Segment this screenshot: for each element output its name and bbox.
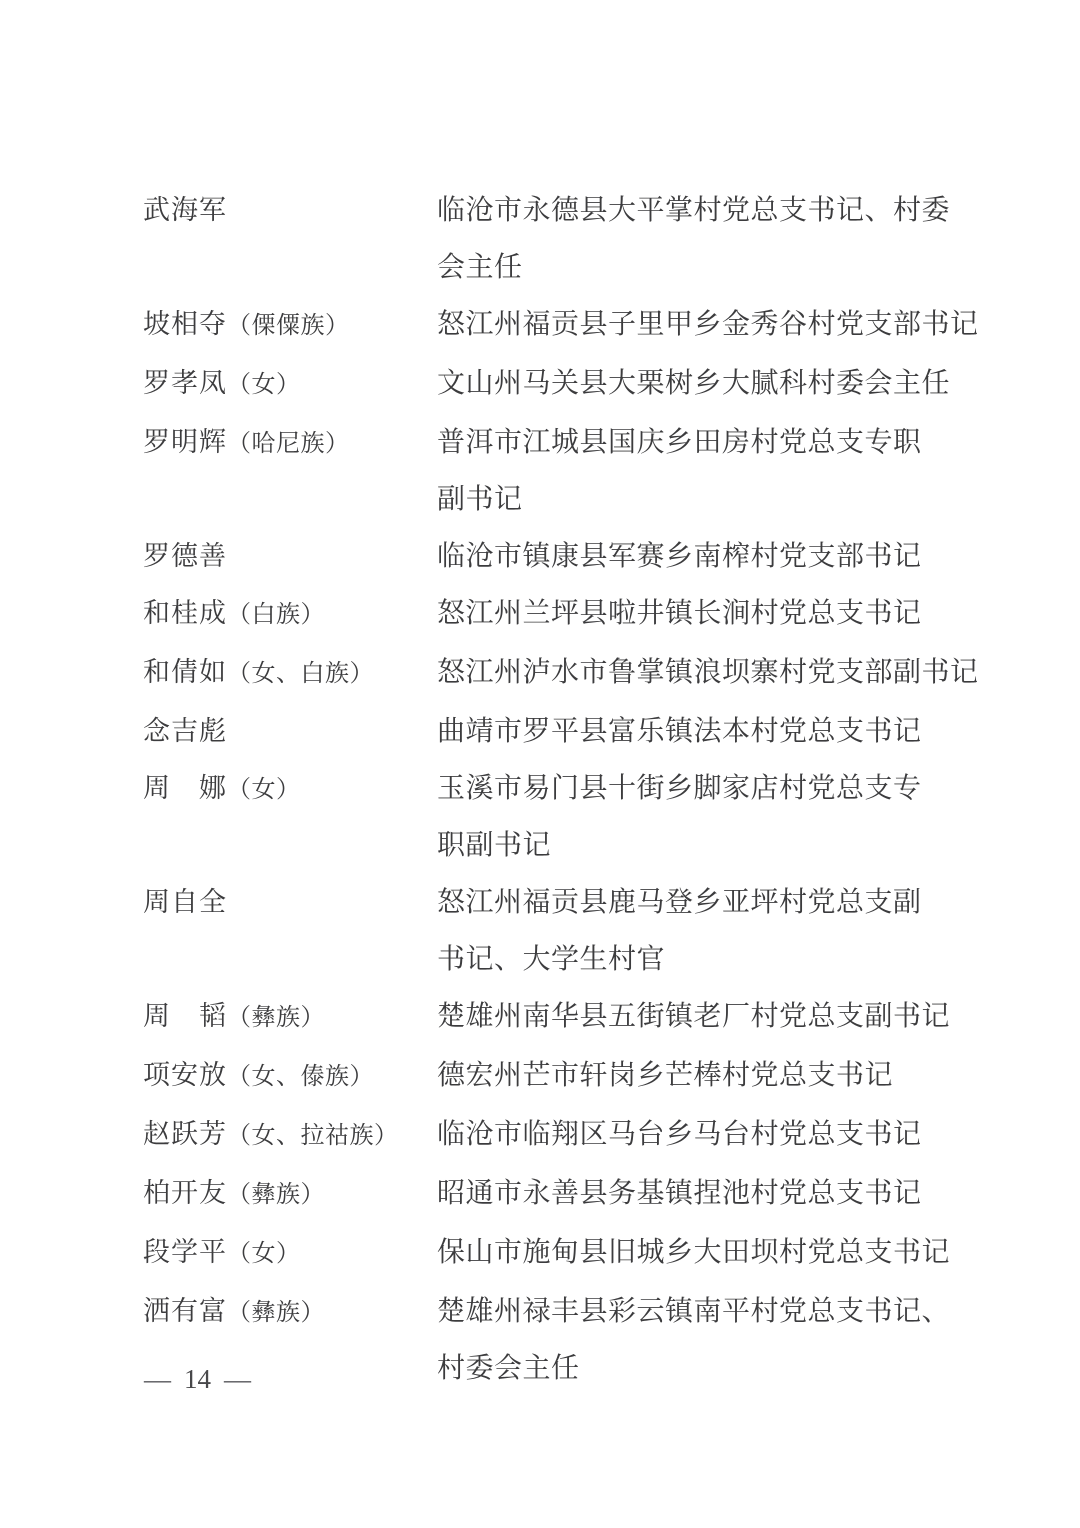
position-line: 楚雄州南华县五街镇老厂村党总支副书记 bbox=[437, 988, 973, 1045]
page-number: 14 bbox=[184, 1362, 211, 1396]
person-note: （女） bbox=[227, 777, 301, 803]
person-name: 罗孝凤（女） bbox=[143, 355, 437, 414]
person-name: 罗德善 bbox=[143, 528, 437, 585]
roster-entry: 念吉彪曲靖市罗平县富乐镇法本村党总支书记 bbox=[143, 703, 973, 760]
position-line: 楚雄州禄丰县彩云镇南平村党总支书记、 bbox=[437, 1283, 973, 1340]
person-position: 怒江州福贡县子里甲乡金秀谷村党支部书记 bbox=[437, 296, 979, 353]
position-line: 临沧市镇康县军赛乡南榨村党支部书记 bbox=[437, 528, 973, 585]
person-note: （女、拉祜族） bbox=[227, 1123, 399, 1149]
person-name: 周 娜（女） bbox=[143, 760, 437, 819]
position-line: 职副书记 bbox=[437, 817, 973, 874]
roster-entry: 赵跃芳（女、拉祜族）临沧市临翔区马台乡马台村党总支书记 bbox=[143, 1106, 973, 1165]
person-position: 楚雄州南华县五街镇老厂村党总支副书记 bbox=[437, 988, 973, 1045]
person-note: （女、傣族） bbox=[227, 1064, 374, 1090]
person-name: 和倩如（女、白族） bbox=[143, 644, 437, 703]
position-line: 怒江州泸水市鲁掌镇浪坝寨村党支部副书记 bbox=[437, 644, 979, 701]
person-note: （女） bbox=[227, 372, 301, 398]
roster-entry: 罗孝凤（女）文山州马关县大栗树乡大腻科村委会主任 bbox=[143, 355, 973, 414]
person-note: （彝族） bbox=[227, 1182, 325, 1208]
person-name: 周 韬（彝族） bbox=[143, 988, 437, 1047]
roster-entry: 罗德善临沧市镇康县军赛乡南榨村党支部书记 bbox=[143, 528, 973, 585]
person-note: （哈尼族） bbox=[227, 431, 350, 457]
position-line: 保山市施甸县旧城乡大田坝村党总支书记 bbox=[437, 1224, 973, 1281]
person-position: 普洱市江城县国庆乡田房村党总支专职副书记 bbox=[437, 414, 973, 528]
footer-right-dash: — bbox=[224, 1362, 251, 1396]
position-line: 副书记 bbox=[437, 471, 973, 528]
person-name: 柏开友（彝族） bbox=[143, 1165, 437, 1224]
person-note: （傈僳族） bbox=[227, 313, 350, 339]
roster-entry: 武海军临沧市永德县大平掌村党总支书记、村委会主任 bbox=[143, 182, 973, 296]
roster-entry: 和倩如（女、白族）怒江州泸水市鲁掌镇浪坝寨村党支部副书记 bbox=[143, 644, 973, 703]
person-note: （彝族） bbox=[227, 1005, 325, 1031]
person-position: 临沧市镇康县军赛乡南榨村党支部书记 bbox=[437, 528, 973, 585]
roster-entry: 和桂成（白族）怒江州兰坪县啦井镇长涧村党总支书记 bbox=[143, 585, 973, 644]
person-note: （女、白族） bbox=[227, 661, 374, 687]
footer-left-dash: — bbox=[144, 1362, 171, 1396]
position-line: 怒江州福贡县鹿马登乡亚坪村党总支副 bbox=[437, 874, 973, 931]
person-position: 楚雄州禄丰县彩云镇南平村党总支书记、村委会主任 bbox=[437, 1283, 973, 1397]
person-name: 周自全 bbox=[143, 874, 437, 931]
person-position: 临沧市永德县大平掌村党总支书记、村委会主任 bbox=[437, 182, 973, 296]
person-name: 罗明辉（哈尼族） bbox=[143, 414, 437, 473]
person-position: 文山州马关县大栗树乡大腻科村委会主任 bbox=[437, 355, 973, 412]
person-position: 德宏州芒市轩岗乡芒棒村党总支书记 bbox=[437, 1047, 973, 1104]
position-line: 普洱市江城县国庆乡田房村党总支专职 bbox=[437, 414, 973, 471]
roster-entry: 周自全怒江州福贡县鹿马登乡亚坪村党总支副书记、大学生村官 bbox=[143, 874, 973, 988]
roster-entry: 柏开友（彝族）昭通市永善县务基镇捏池村党总支书记 bbox=[143, 1165, 973, 1224]
roster-entry: 段学平（女）保山市施甸县旧城乡大田坝村党总支书记 bbox=[143, 1224, 973, 1283]
position-line: 昭通市永善县务基镇捏池村党总支书记 bbox=[437, 1165, 973, 1222]
position-line: 会主任 bbox=[437, 239, 973, 296]
roster-list: 武海军临沧市永德县大平掌村党总支书记、村委会主任坡相夺（傈僳族）怒江州福贡县子里… bbox=[143, 182, 973, 1397]
person-position: 怒江州兰坪县啦井镇长涧村党总支书记 bbox=[437, 585, 973, 642]
person-name: 洒有富（彝族） bbox=[143, 1283, 437, 1342]
roster-entry: 项安放（女、傣族）德宏州芒市轩岗乡芒棒村党总支书记 bbox=[143, 1047, 973, 1106]
position-line: 书记、大学生村官 bbox=[437, 931, 973, 988]
position-line: 临沧市临翔区马台乡马台村党总支书记 bbox=[437, 1106, 973, 1163]
position-line: 文山州马关县大栗树乡大腻科村委会主任 bbox=[437, 355, 973, 412]
person-position: 怒江州泸水市鲁掌镇浪坝寨村党支部副书记 bbox=[437, 644, 979, 701]
position-line: 德宏州芒市轩岗乡芒棒村党总支书记 bbox=[437, 1047, 973, 1104]
person-position: 昭通市永善县务基镇捏池村党总支书记 bbox=[437, 1165, 973, 1222]
roster-entry: 坡相夺（傈僳族）怒江州福贡县子里甲乡金秀谷村党支部书记 bbox=[143, 296, 973, 355]
person-note: （女） bbox=[227, 1241, 301, 1267]
person-position: 怒江州福贡县鹿马登乡亚坪村党总支副书记、大学生村官 bbox=[437, 874, 973, 988]
person-name: 念吉彪 bbox=[143, 703, 437, 760]
person-name: 坡相夺（傈僳族） bbox=[143, 296, 437, 355]
page-footer: — 14 — bbox=[144, 1362, 251, 1396]
person-position: 临沧市临翔区马台乡马台村党总支书记 bbox=[437, 1106, 973, 1163]
person-name: 和桂成（白族） bbox=[143, 585, 437, 644]
position-line: 临沧市永德县大平掌村党总支书记、村委 bbox=[437, 182, 973, 239]
person-name: 段学平（女） bbox=[143, 1224, 437, 1283]
position-line: 玉溪市易门县十街乡脚家店村党总支专 bbox=[437, 760, 973, 817]
person-name: 项安放（女、傣族） bbox=[143, 1047, 437, 1106]
roster-entry: 洒有富（彝族）楚雄州禄丰县彩云镇南平村党总支书记、村委会主任 bbox=[143, 1283, 973, 1397]
person-name: 武海军 bbox=[143, 182, 437, 239]
roster-entry: 周 韬（彝族）楚雄州南华县五街镇老厂村党总支副书记 bbox=[143, 988, 973, 1047]
person-position: 玉溪市易门县十街乡脚家店村党总支专职副书记 bbox=[437, 760, 973, 874]
roster-entry: 罗明辉（哈尼族）普洱市江城县国庆乡田房村党总支专职副书记 bbox=[143, 414, 973, 528]
person-position: 保山市施甸县旧城乡大田坝村党总支书记 bbox=[437, 1224, 973, 1281]
person-name: 赵跃芳（女、拉祜族） bbox=[143, 1106, 437, 1165]
person-note: （彝族） bbox=[227, 1300, 325, 1326]
position-line: 村委会主任 bbox=[437, 1340, 973, 1397]
position-line: 怒江州兰坪县啦井镇长涧村党总支书记 bbox=[437, 585, 973, 642]
document-page: 武海军临沧市永德县大平掌村党总支书记、村委会主任坡相夺（傈僳族）怒江州福贡县子里… bbox=[0, 0, 1080, 1528]
position-line: 怒江州福贡县子里甲乡金秀谷村党支部书记 bbox=[437, 296, 979, 353]
person-note: （白族） bbox=[227, 602, 325, 628]
person-position: 曲靖市罗平县富乐镇法本村党总支书记 bbox=[437, 703, 973, 760]
roster-entry: 周 娜（女）玉溪市易门县十街乡脚家店村党总支专职副书记 bbox=[143, 760, 973, 874]
position-line: 曲靖市罗平县富乐镇法本村党总支书记 bbox=[437, 703, 973, 760]
